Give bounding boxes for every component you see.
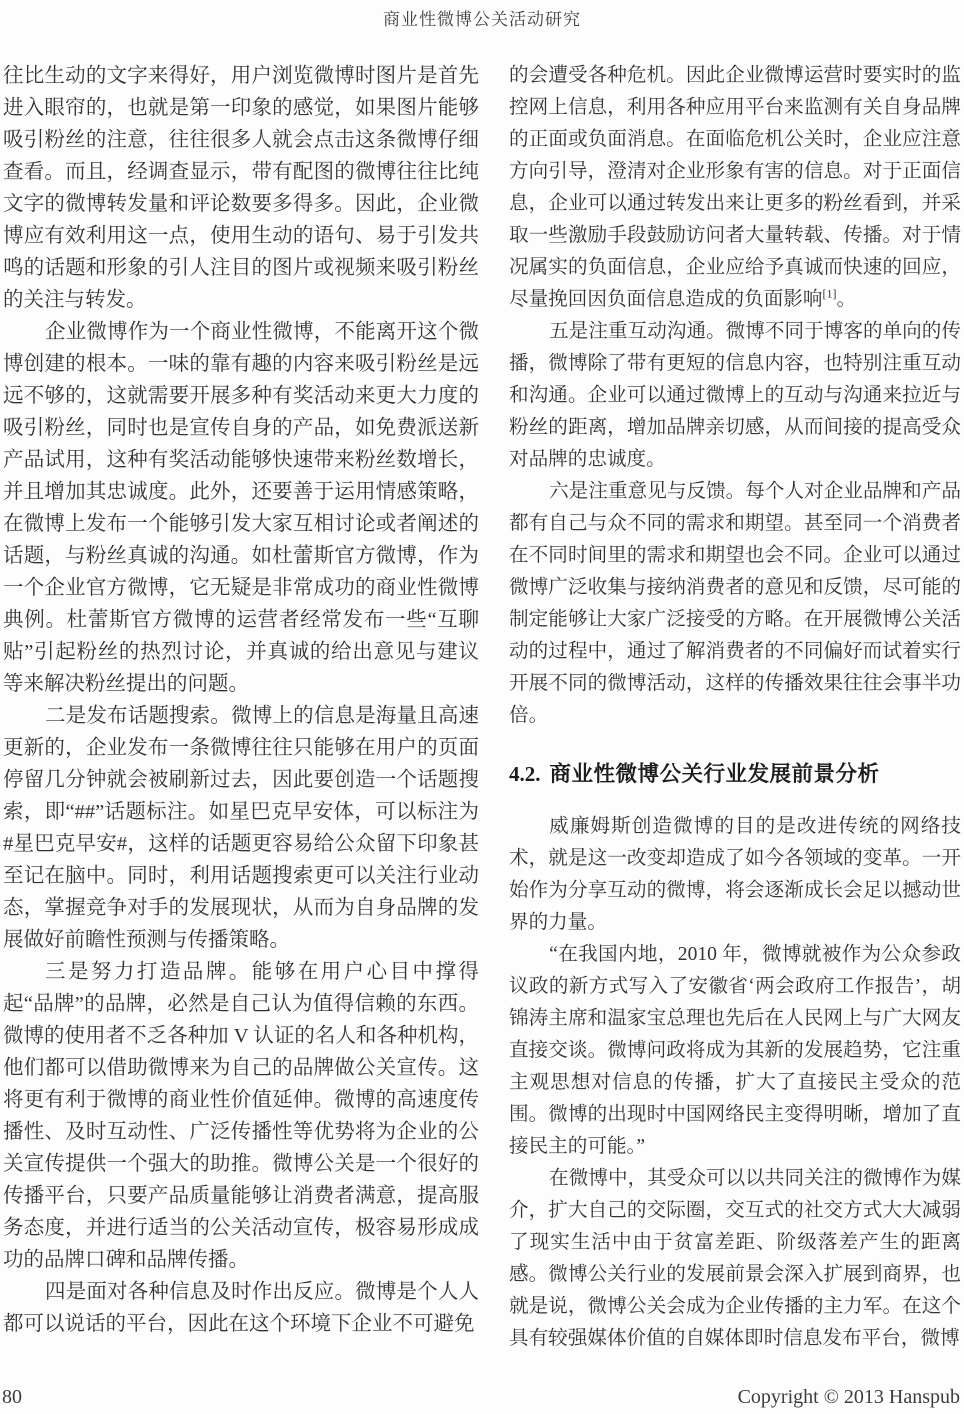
paragraph: 往比生动的文字来得好，用户浏览微博时图片是首先进入眼帘的，也就是第一印象的感觉，… (3, 60, 479, 316)
section-title: 商业性微博公关行业发展前景分析 (550, 762, 880, 786)
left-column: 往比生动的文字来得好，用户浏览微博时图片是首先进入眼帘的，也就是第一印象的感觉，… (3, 60, 479, 1355)
paragraph: 五是注重互动沟通。微博不同于博客的单向的传播，微博除了带有更短的信息内容，也特别… (509, 316, 961, 476)
paragraph-text: 。 (837, 289, 857, 310)
paragraph: 三是努力打造品牌。能够在用户心目中撑得起“品牌”的品牌，必然是自己认为值得信赖的… (3, 956, 479, 1276)
paragraph: 四是面对各种信息及时作出反应。微博是个人人都可以说话的平台，因此在这个环境下企业… (3, 1276, 479, 1340)
paragraph: 威廉姆斯创造微博的目的是改进传统的网络技术，就是这一改变却造成了如今各领域的变革… (509, 811, 961, 939)
paper-page: 商业性微博公关活动研究 往比生动的文字来得好，用户浏览微博时图片是首先进入眼帘的… (0, 0, 964, 1414)
paragraph: 企业微博作为一个商业性微博，不能离开这个微博创建的根本。一味的靠有趣的内容来吸引… (3, 316, 479, 700)
footnote-reference: [1] (823, 286, 837, 300)
page-number: 80 (2, 1386, 22, 1409)
copyright-notice: Copyright © 2013 Hanspub (738, 1386, 960, 1409)
paragraph-text: 的会遭受各种危机。因此企业微博运营时要实时的监控网上信息，利用各种应用平台来监测… (509, 65, 961, 310)
right-column: 的会遭受各种危机。因此企业微博运营时要实时的监控网上信息，利用各种应用平台来监测… (509, 60, 961, 1355)
paragraph: 的会遭受各种危机。因此企业微博运营时要实时的监控网上信息，利用各种应用平台来监测… (509, 60, 961, 316)
two-column-body: 往比生动的文字来得好，用户浏览微博时图片是首先进入眼帘的，也就是第一印象的感觉，… (3, 60, 961, 1355)
paragraph: 六是注重意见与反馈。每个人对企业品牌和产品都有自己与众不同的需求和期望。甚至同一… (509, 476, 961, 732)
section-heading: 4.2.商业性微博公关行业发展前景分析 (509, 759, 961, 792)
paragraph: 二是发布话题搜索。微博上的信息是海量且高速更新的，企业发布一条微博往往只能够在用… (3, 700, 479, 956)
running-header-title: 商业性微博公关活动研究 (0, 5, 964, 30)
paragraph: 在微博中，其受众可以以共同关注的微博作为媒介，扩大自己的交际圈，交互式的社交方式… (509, 1163, 961, 1355)
section-number: 4.2. (509, 762, 541, 786)
paragraph: “在我国内地，2010 年，微博就被作为公众参政议政的新方式写入了安徽省‘两会政… (509, 939, 961, 1163)
